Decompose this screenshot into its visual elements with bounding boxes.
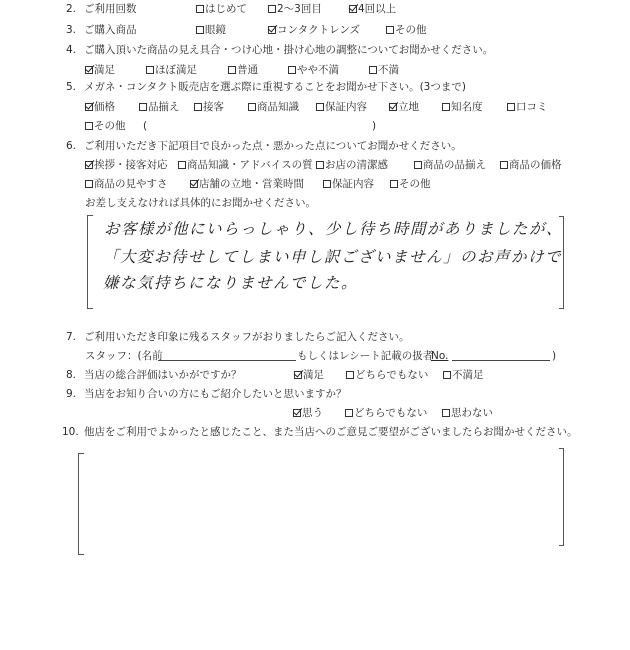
q9-number: 9. bbox=[66, 387, 76, 401]
checkbox-icon[interactable] bbox=[414, 161, 422, 169]
q6-comment-box[interactable]: お客様が他にいらっしゃり、少し待ち時間がありましたが、 「大変お待せしてしまい申… bbox=[88, 215, 559, 307]
checkbox-icon[interactable] bbox=[346, 371, 354, 379]
checkbox-icon[interactable] bbox=[500, 161, 508, 169]
q8-number: 8. bbox=[66, 368, 76, 382]
q5-option-product-knowledge[interactable]: 商品知識 bbox=[248, 100, 299, 114]
checkbox-icon[interactable] bbox=[139, 103, 147, 111]
checkbox-checked-icon[interactable] bbox=[294, 371, 302, 379]
checkbox-icon[interactable] bbox=[178, 161, 186, 169]
q7-label: ご利用いただき印象に残るスタッフがおりましたらご記入ください。 bbox=[84, 330, 410, 344]
q10-label: 他店をご利用でよかったと感じたこと、また当店へのご意見ご要望がございましたらお聞… bbox=[84, 425, 578, 439]
q2-option-4-plus[interactable]: 4回以上 bbox=[349, 2, 396, 16]
q7-number: 7. bbox=[66, 330, 76, 344]
q9-option-yes[interactable]: 思う bbox=[293, 406, 323, 420]
q4-option-somewhat-unsatisfied[interactable]: やや不満 bbox=[288, 63, 339, 77]
q5-option-service[interactable]: 接客 bbox=[194, 100, 224, 114]
checkbox-icon[interactable] bbox=[390, 180, 398, 188]
checkbox-icon[interactable] bbox=[316, 103, 324, 111]
q4-label: ご購入頂いた商品の見え具合・つけ心地・掛け心地の調整についてお聞かせください。 bbox=[84, 43, 493, 57]
q6-option-cleanliness[interactable]: お店の清潔感 bbox=[316, 158, 388, 172]
checkbox-icon[interactable] bbox=[194, 103, 202, 111]
q5-label: メガネ・コンタクト販売店を選ぶ際に重視することをお聞かせ下さい。(3つまで) bbox=[84, 80, 466, 94]
checkbox-icon[interactable] bbox=[85, 180, 93, 188]
q2-option-2-3-times[interactable]: 2～3回目 bbox=[268, 2, 322, 16]
q3-label: ご購入商品 bbox=[84, 23, 137, 37]
checkbox-icon[interactable] bbox=[369, 66, 377, 74]
q7-staff-name-field[interactable] bbox=[158, 349, 296, 361]
checkbox-checked-icon[interactable] bbox=[349, 5, 357, 13]
q2-label: ご利用回数 bbox=[84, 2, 137, 16]
checkbox-checked-icon[interactable] bbox=[85, 66, 93, 74]
q10-number: 10. bbox=[62, 425, 79, 439]
q6-option-selection[interactable]: 商品の品揃え bbox=[414, 158, 486, 172]
checkbox-checked-icon[interactable] bbox=[85, 103, 93, 111]
q4-option-mostly-satisfied[interactable]: ほぼ満足 bbox=[146, 63, 197, 77]
checkbox-icon[interactable] bbox=[268, 5, 276, 13]
checkbox-checked-icon[interactable] bbox=[293, 409, 301, 417]
q5-option-warranty[interactable]: 保証内容 bbox=[316, 100, 367, 114]
checkbox-icon[interactable] bbox=[196, 26, 204, 34]
q4-option-neutral[interactable]: 普通 bbox=[228, 63, 258, 77]
q3-option-contact-lens[interactable]: コンタクトレンズ bbox=[268, 23, 360, 37]
q2-option-first-time[interactable]: はじめて bbox=[196, 2, 247, 16]
q8-label: 当店の総合評価はいかがですか？ bbox=[84, 368, 242, 382]
q8-option-neutral[interactable]: どちらでもない bbox=[346, 368, 428, 382]
q6-detail-prompt: お差し支えなければ具体的にお聞かせください。 bbox=[85, 196, 316, 210]
q5-number: 5. bbox=[66, 80, 76, 94]
checkbox-icon[interactable] bbox=[228, 66, 236, 74]
q8-option-unsatisfied[interactable]: 不満足 bbox=[443, 368, 484, 382]
checkbox-checked-icon[interactable] bbox=[85, 161, 93, 169]
checkbox-checked-icon[interactable] bbox=[268, 26, 276, 34]
q8-option-satisfied[interactable]: 満足 bbox=[294, 368, 324, 382]
q6-number: 6. bbox=[66, 139, 76, 153]
q5-other-close-paren: ) bbox=[372, 119, 376, 133]
checkbox-icon[interactable] bbox=[507, 103, 515, 111]
handwritten-line-2: 「大変お待せしてしまい申し訳ございません」のお声かけで bbox=[103, 246, 562, 268]
q7-staff-number-field[interactable] bbox=[452, 349, 550, 361]
q5-option-word-of-mouth[interactable]: 口コミ bbox=[507, 100, 548, 114]
q5-option-price[interactable]: 価格 bbox=[85, 100, 115, 114]
q10-comment-box-right-bracket bbox=[559, 448, 564, 546]
checkbox-icon[interactable] bbox=[288, 66, 296, 74]
checkbox-icon[interactable] bbox=[248, 103, 256, 111]
q7-staff-close-paren: ) bbox=[552, 349, 556, 363]
q3-option-glasses[interactable]: 眼鏡 bbox=[196, 23, 226, 37]
checkbox-checked-icon[interactable] bbox=[190, 180, 198, 188]
checkbox-checked-icon[interactable] bbox=[389, 103, 397, 111]
checkbox-icon[interactable] bbox=[85, 122, 93, 130]
q10-comment-box[interactable] bbox=[80, 450, 558, 552]
q2-number: 2. bbox=[66, 2, 76, 16]
handwritten-line-3: 嫌な気持ちになりませんでした。 bbox=[103, 272, 358, 294]
q4-option-unsatisfied[interactable]: 不満 bbox=[369, 63, 399, 77]
q4-option-satisfied[interactable]: 満足 bbox=[85, 63, 115, 77]
q6-option-price[interactable]: 商品の価格 bbox=[500, 158, 562, 172]
q4-number: 4. bbox=[66, 43, 76, 57]
checkbox-icon[interactable] bbox=[345, 409, 353, 417]
q3-option-other[interactable]: その他 bbox=[386, 23, 427, 37]
checkbox-icon[interactable] bbox=[316, 161, 324, 169]
q9-label: 当店をお知り合いの方にもご紹介したいと思いますか？ bbox=[84, 387, 347, 401]
q6-option-warranty[interactable]: 保証内容 bbox=[323, 177, 374, 191]
checkbox-icon[interactable] bbox=[442, 103, 450, 111]
q3-number: 3. bbox=[66, 23, 76, 37]
q5-option-location[interactable]: 立地 bbox=[389, 100, 419, 114]
q6-option-advice-quality[interactable]: 商品知識・アドバイスの質 bbox=[178, 158, 313, 172]
checkbox-icon[interactable] bbox=[443, 371, 451, 379]
q9-option-no[interactable]: 思わない bbox=[442, 406, 493, 420]
checkbox-icon[interactable] bbox=[196, 5, 204, 13]
q6-label: ご利用いただき下記項目で良かった点・悪かった点についてお聞かせください。 bbox=[84, 139, 462, 153]
checkbox-icon[interactable] bbox=[146, 66, 154, 74]
checkbox-icon[interactable] bbox=[442, 409, 450, 417]
handwritten-line-1: お客様が他にいらっしゃり、少し待ち時間がありましたが、 bbox=[104, 218, 563, 240]
q5-option-reputation[interactable]: 知名度 bbox=[442, 100, 483, 114]
q7-staff-no-label: No. bbox=[431, 349, 448, 363]
q6-option-other[interactable]: その他 bbox=[390, 177, 431, 191]
q7-staff-middle-text: もしくはレシート記載の扱者 bbox=[297, 349, 433, 363]
q5-option-selection[interactable]: 品揃え bbox=[139, 100, 180, 114]
checkbox-icon[interactable] bbox=[323, 180, 331, 188]
q9-option-neutral[interactable]: どちらでもない bbox=[345, 406, 427, 420]
q5-option-other[interactable]: その他 bbox=[85, 119, 126, 133]
q6-option-greeting-service[interactable]: 挨拶・接客対応 bbox=[85, 158, 168, 172]
q6-option-visibility[interactable]: 商品の見やすさ bbox=[85, 177, 168, 191]
q6-option-location-hours[interactable]: 店舗の立地・営業時間 bbox=[190, 177, 304, 191]
q7-staff-prefix: スタッフ：(名前 bbox=[85, 349, 163, 363]
checkbox-icon[interactable] bbox=[386, 26, 394, 34]
q5-other-open-paren: ( bbox=[143, 119, 147, 133]
